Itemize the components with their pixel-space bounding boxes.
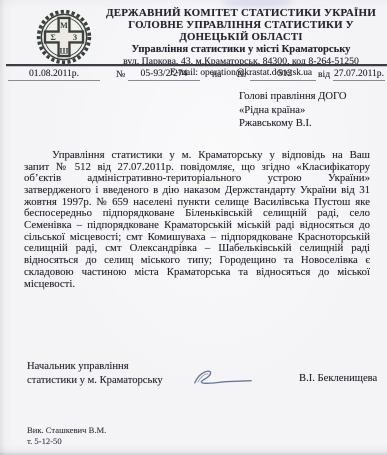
signer-position: Начальник управління статистики у м. Кра… <box>27 360 163 388</box>
letterhead-divider-rule <box>6 64 387 66</box>
reference-row: 01.08.2011р. № 05-93/2/274 на № 512 від … <box>0 68 387 84</box>
signer-name: В.І. Бекленищева <box>299 373 377 384</box>
recipient-block: Голові правління ДОГО «Рідна країна» Ржа… <box>239 90 347 131</box>
svg-text:М: М <box>60 21 68 30</box>
recipient-line2: «Рідна країна» <box>239 104 347 118</box>
svg-text:Σ: Σ <box>50 33 55 42</box>
vid-label: від <box>318 69 330 80</box>
letter-body-paragraph: Управління статистики у м. Краматорську … <box>24 150 370 290</box>
executor-phone: т. 5-12-50 <box>27 436 106 447</box>
incoming-date: 27.07.2011р. <box>333 68 385 81</box>
recipient-line1: Голові правління ДОГО <box>239 90 347 104</box>
org-name-line2: ГОЛОВНЕ УПРАВЛІННЯ СТАТИСТИКИ У ДОНЕЦЬКІ… <box>96 19 386 43</box>
recipient-line3: Ржавському В.І. <box>239 117 347 131</box>
org-name-line3: Управління статистики у місті Краматорсь… <box>96 44 386 56</box>
number-sign-label: № <box>116 69 125 80</box>
org-name-line1: ДЕРЖАВНИЙ КОМІТЕТ СТАТИСТИКИ УКРАЇНИ <box>96 7 386 19</box>
signer-position-line1: Начальник управління <box>27 360 163 374</box>
executor-block: Вик. Сташкевич В.М. т. 5-12-50 <box>27 425 106 446</box>
signer-position-line2: статистики у м. Краматорську <box>27 374 163 388</box>
org-address: вул. Паркова, 43, м.Краматорськ, 84300, … <box>96 57 386 68</box>
incoming-number: 512 <box>250 68 316 81</box>
svg-text:З: З <box>73 33 78 42</box>
statistics-emblem-icon: М Σ З Ш <box>33 8 95 66</box>
outgoing-date: 01.08.2011р. <box>8 68 100 81</box>
signature-icon <box>188 366 256 390</box>
executor-name: Вик. Сташкевич В.М. <box>27 425 106 436</box>
na-label: на <box>212 69 221 80</box>
outgoing-number: 05-93/2/274 <box>128 68 200 81</box>
number-sign-label-2: № <box>237 69 246 80</box>
svg-text:Ш: Ш <box>60 46 69 55</box>
official-letter-document: М Σ З Ш ДЕРЖАВНИЙ КОМІТЕТ СТАТИСТИКИ УКР… <box>0 0 387 455</box>
